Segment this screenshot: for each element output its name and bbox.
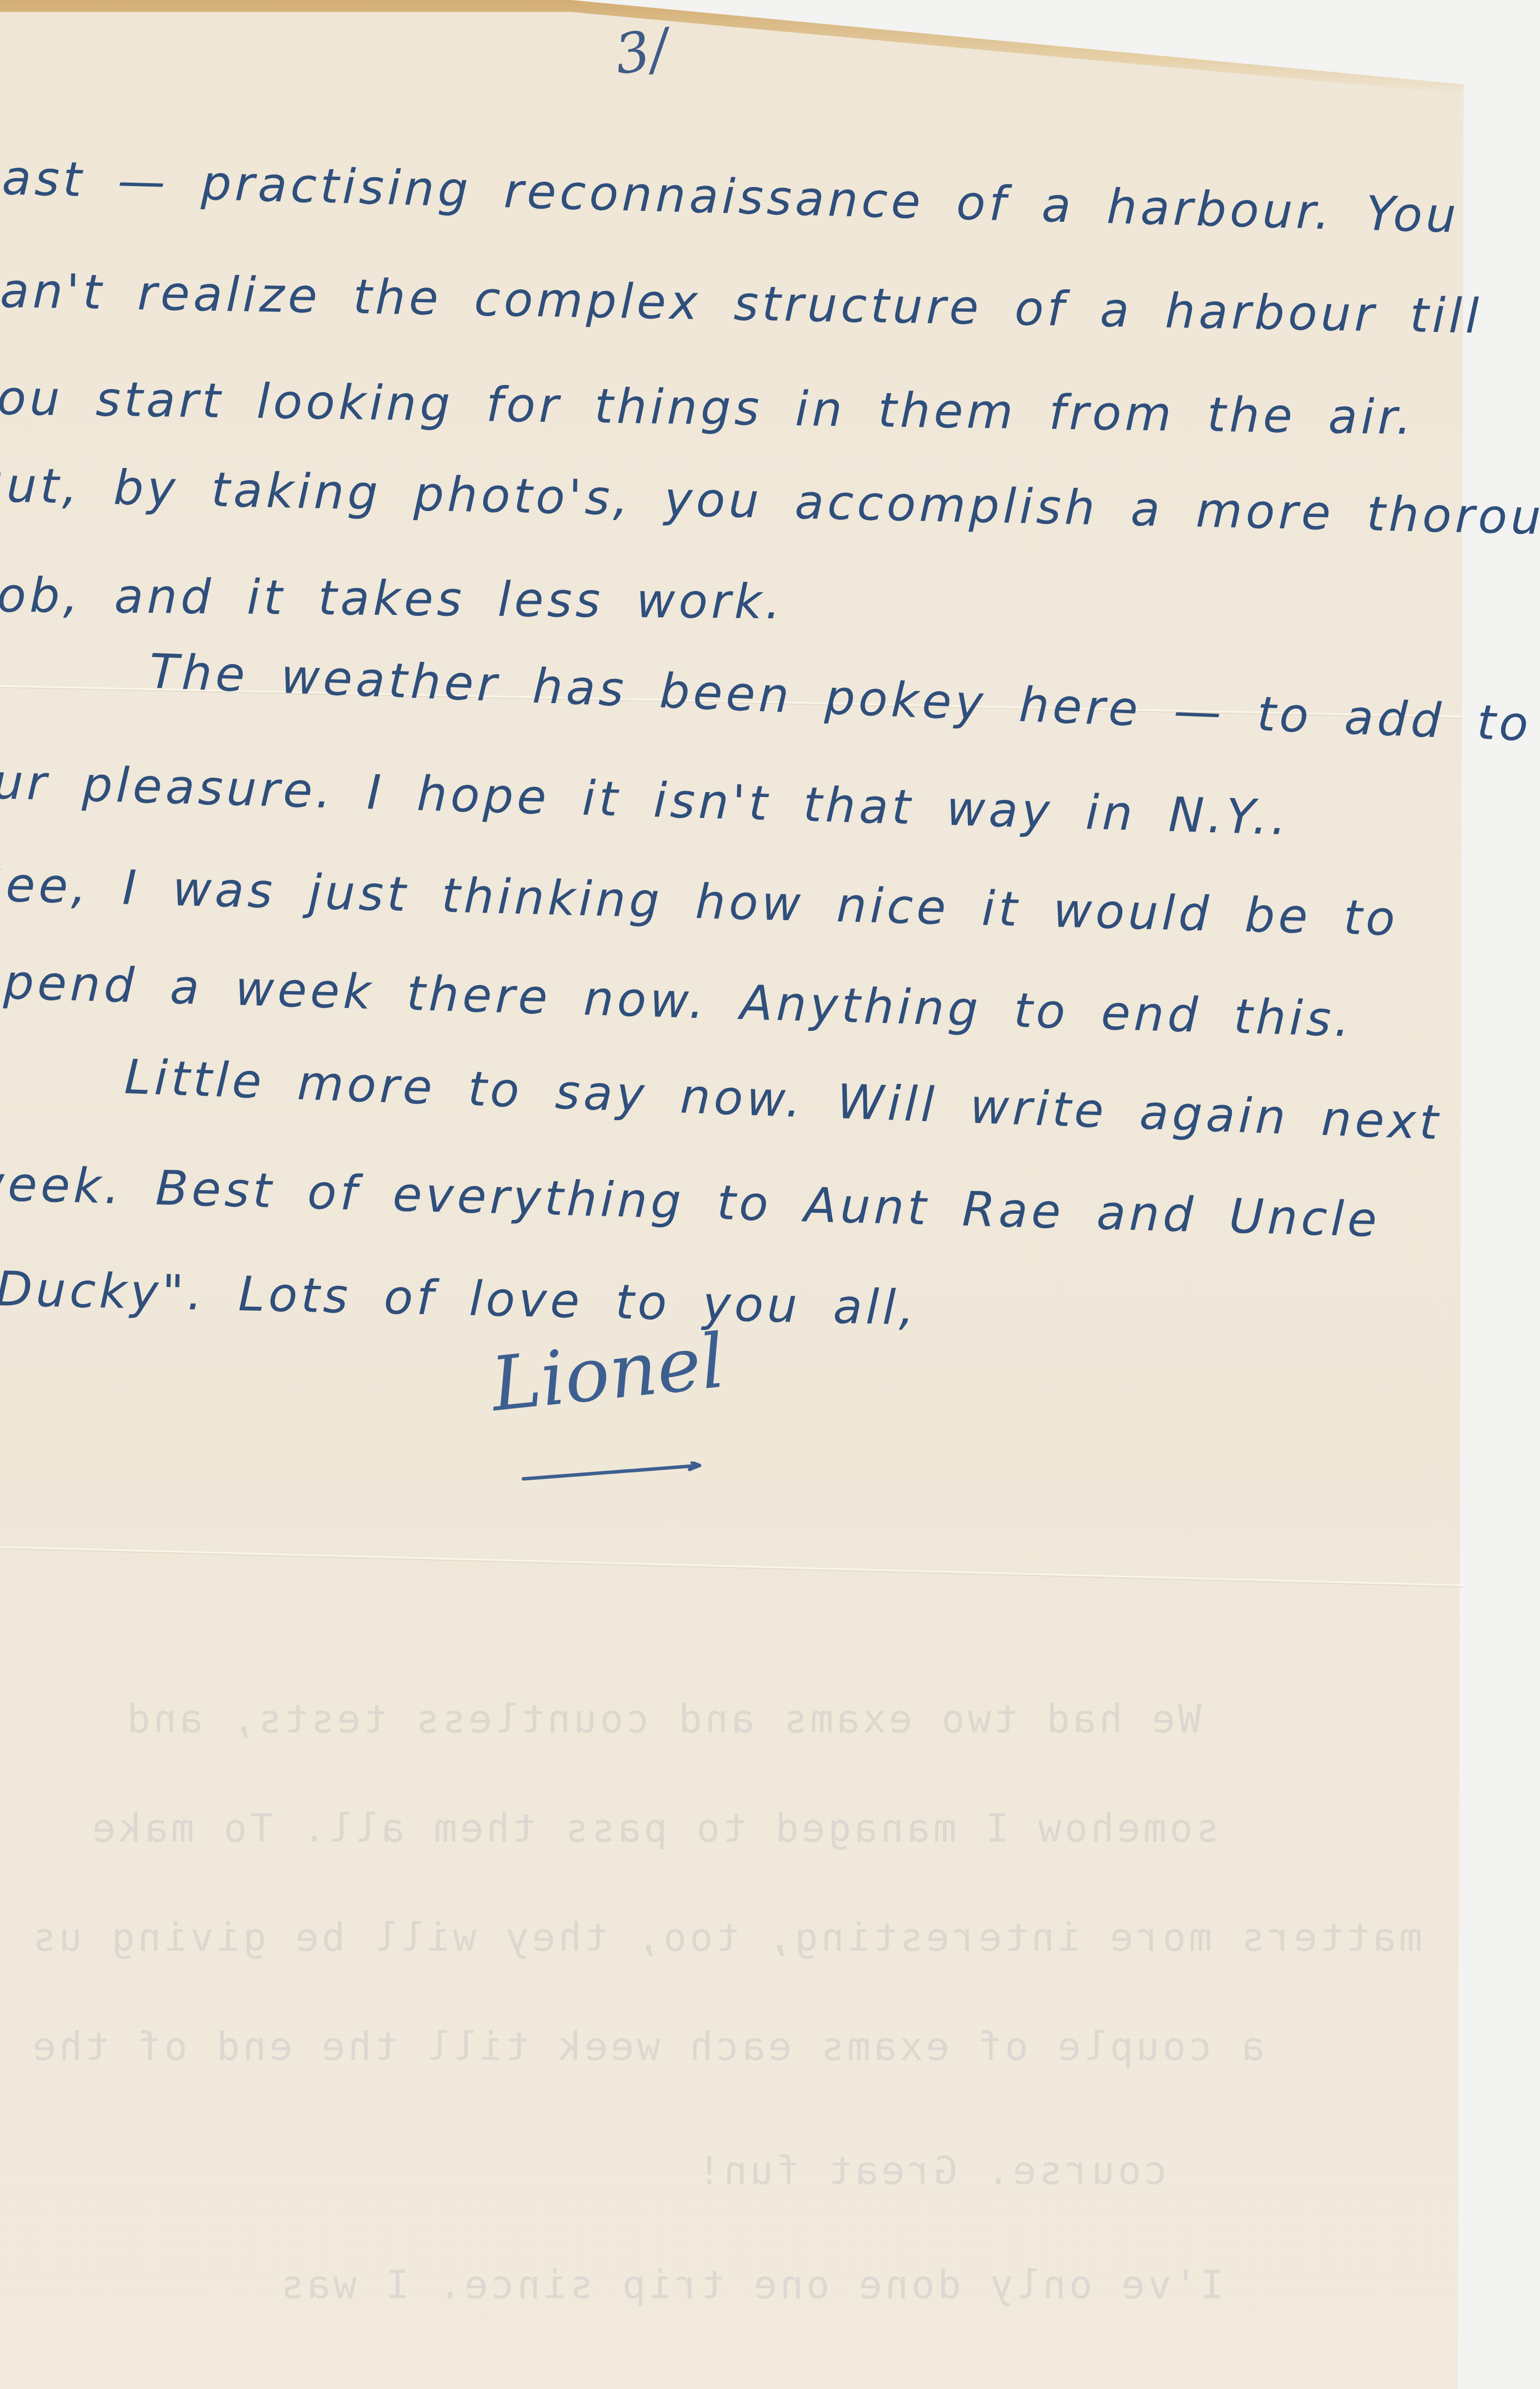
page-number-mark: 3/: [611, 16, 673, 87]
bleed-through-line: course. Great fun!: [695, 2149, 1167, 2193]
bleed-through-line: somehow I managed to pass them all. To m…: [89, 1806, 1219, 1851]
bleed-through-line: We had two exams and countless tests, an…: [124, 1697, 1201, 1742]
bleed-through-line: a couple of exams each week till the end…: [30, 2025, 1265, 2069]
signature-underline-icon: [521, 1461, 709, 1481]
letter-line-5: job, and it takes less work.: [0, 567, 784, 630]
bleed-through-line: matters more interesting, too, they will…: [30, 1916, 1422, 1960]
bleed-through-line: I've only done one trip since. I was: [278, 2263, 1224, 2308]
